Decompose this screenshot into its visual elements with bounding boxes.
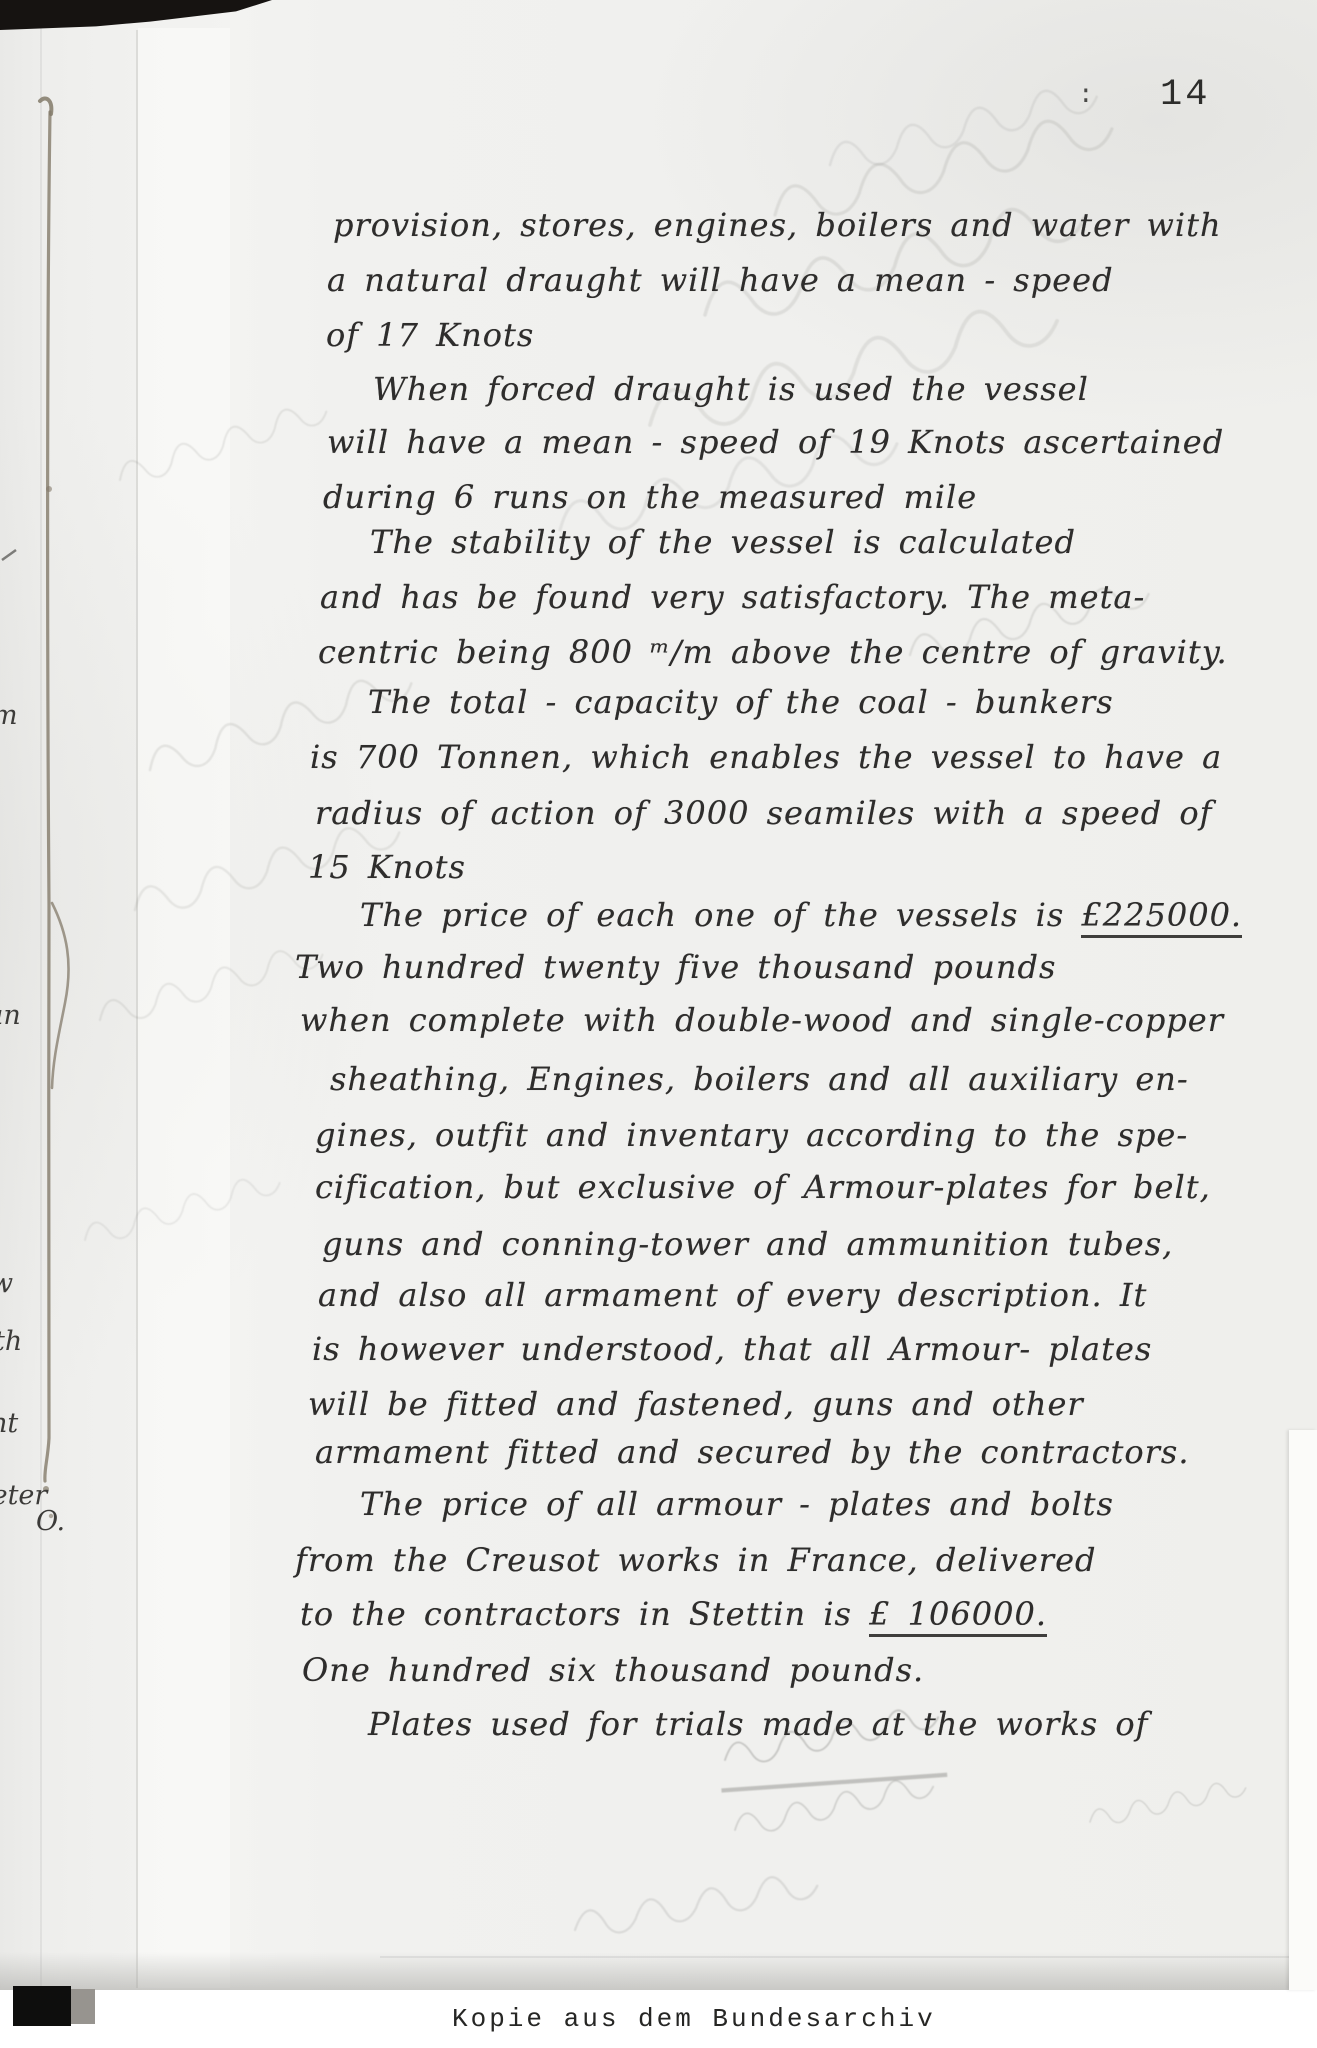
manuscript-line: when complete with double-wood and singl… (300, 1001, 1224, 1039)
manuscript-line: Two hundred twenty five thousand pounds (295, 948, 1056, 986)
margin-text-fragment: un (0, 1000, 21, 1031)
manuscript-line: sheathing, Engines, boilers and all auxi… (330, 1060, 1189, 1098)
archive-copy-label: Kopie aus dem Bundesarchiv (452, 2004, 936, 2034)
manuscript-line: will be fitted and fastened, guns and ot… (308, 1385, 1084, 1423)
manuscript-line: armament fitted and secured by the contr… (315, 1433, 1190, 1471)
manuscript-line: from the Creusot works in France, delive… (295, 1541, 1097, 1579)
header-smudge-mark: : (1078, 80, 1094, 110)
margin-text-fragment: nt (0, 1408, 18, 1439)
manuscript-line: centric being 800 ᵐ/m above the centre o… (318, 633, 1228, 671)
margin-text-fragment: w (0, 1268, 13, 1299)
manuscript-line: The price of all armour - plates and bol… (360, 1485, 1114, 1523)
margin-text-fragment: th (0, 1326, 22, 1357)
manuscript-line: guns and conning-tower and ammunition tu… (322, 1225, 1173, 1263)
manuscript-line: The price of each one of the vessels is … (360, 896, 1242, 934)
manuscript-line: to the contractors in Stettin is £ 10600… (300, 1595, 1047, 1633)
manuscript-line: The total - capacity of the coal - bunke… (368, 683, 1114, 721)
manuscript-line: radius of action of 3000 seamiles with a… (315, 794, 1212, 832)
manuscript-line: during 6 runs on the measured mile (323, 478, 977, 516)
manuscript-line: will have a mean - speed of 19 Knots asc… (327, 423, 1224, 461)
binding-thread (40, 99, 69, 1519)
manuscript-line: and also all armament of every descripti… (318, 1276, 1147, 1314)
manuscript-line: a natural draught will have a mean - spe… (327, 261, 1114, 299)
manuscript-line: One hundred six thousand pounds. (302, 1651, 924, 1689)
manuscript-line: Plates used for trials made at the works… (368, 1705, 1148, 1743)
page-number: 14 (1160, 74, 1210, 116)
manuscript-line: gines, outfit and inventary according to… (315, 1116, 1188, 1154)
manuscript-line: of 17 Knots (326, 316, 534, 354)
bleed-underline (722, 1773, 947, 1792)
manuscript-line: When forced draught is used the vessel (373, 370, 1089, 408)
manuscript-line: provision, stores, engines, boilers and … (333, 206, 1222, 244)
manuscript-line: cification, but exclusive of Armour-plat… (315, 1168, 1211, 1206)
manuscript-line: The stability of the vessel is calculate… (370, 523, 1076, 561)
manuscript-line: is however understood, that all Armour- … (312, 1330, 1152, 1368)
manuscript-line: is 700 Tonnen, which enables the vessel … (310, 738, 1222, 776)
manuscript-line: and has be found very satisfactory. The … (320, 578, 1145, 616)
margin-text-fragment: O. (36, 1506, 65, 1537)
manuscript-line: 15 Knots (308, 848, 466, 886)
margin-tick (2, 550, 16, 560)
margin-text-fragment: m (0, 700, 18, 731)
document-scan: : 14 provision, stores, engines, boilers… (0, 0, 1317, 2048)
